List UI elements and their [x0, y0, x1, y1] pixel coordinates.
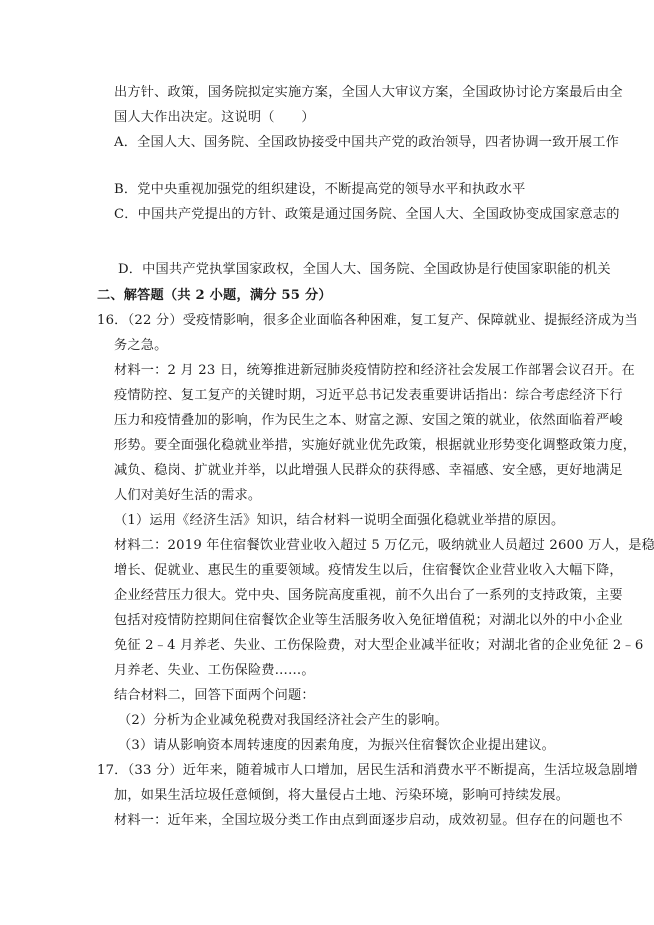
q16-material1: 人们对美好生活的需求。: [114, 487, 261, 505]
q16-prompt: 结合材料二，回答下面两个问题：: [114, 687, 315, 705]
q16-material1: 压力和疫情叠加的影响，作为民生之本、财富之源、安国之策的就业，依然面临着严峻: [114, 412, 623, 430]
q16-material1: 疫情防控、复工复产的关键时期，习近平总书记发表重要讲话指出：综合考虑经济下行: [114, 387, 623, 405]
q16-material2: 增长、促就业、惠民生的重要领域。疫情发生以后，住宿餐饮企业营业收入大幅下降，: [114, 562, 623, 580]
q16-material2: 材料二：2019 年住宿餐饮业营业收入超过 5 万亿元，吸纳就业人员超过 260…: [114, 537, 654, 555]
q16-material2: 月养老、失业、工伤保险费……。: [114, 662, 315, 680]
question-text: 国人大作出决定。这说明（ ）: [114, 109, 315, 127]
q16-sub1: （1）运用《经济生活》知识，结合材料一说明全面强化稳就业举措的原因。: [114, 512, 564, 530]
option-c: C．中国共产党提出的方针、政策是通过国务院、全国人大、全国政协变成国家意志的: [114, 206, 620, 224]
q16-material2: 包括对疫情防控期间住宿餐饮企业等生活服务收入免征增值税；对湖北以外的中小企业: [114, 612, 623, 630]
option-b: B．党中央重视加强党的组织建设，不断提高党的领导水平和执政水平: [114, 181, 526, 199]
q16-stem: 务之急。: [114, 337, 168, 355]
q16-material1: 减负、稳岗、扩就业并举，以此增强人民群众的获得感、幸福感、安全感，更好地满足: [114, 462, 623, 480]
q16-material1: 形势。要全面强化稳就业举措，实施好就业优先政策，根据就业形势变化调整政策力度，: [114, 437, 636, 455]
section-heading: 二、解答题（共 2 小题，满分 55 分）: [97, 287, 332, 305]
question-text: 出方针、政策，国务院拟定实施方案，全国人大审议方案，全国政协讨论方案最后由全: [114, 84, 623, 102]
option-d: D．中国共产党执掌国家政权，全国人大、国务院、全国政协是行使国家职能的机关: [118, 261, 611, 279]
option-a: A．全国人大、国务院、全国政协接受中国共产党的政治领导，四者协调一致开展工作: [114, 134, 619, 152]
q16-sub2: （2）分析为企业减免税费对我国经济社会产生的影响。: [118, 712, 448, 730]
q16-material2: 企业经营压力很大。党中央、国务院高度重视，前不久出台了一系列的支持政策，主要: [114, 587, 623, 605]
q17-stem: 17．（33 分）近年来，随着城市人口增加，居民生活和消费水平不断提高，生活垃圾…: [97, 762, 638, 780]
q17-material1: 材料一：近年来，全国垃圾分类工作由点到面逐步启动，成效初显。但存在的问题也不: [114, 812, 623, 830]
q17-stem: 加，如果生活垃圾任意倾倒，将大量侵占土地、污染环境，影响可持续发展。: [114, 787, 569, 805]
q16-material2: 免征 2﹣4 月养老、失业、工伤保险费，对大型企业减半征收；对湖北省的企业免征 …: [114, 637, 643, 655]
q16-material1: 材料一：2 月 23 日，统筹推进新冠肺炎疫情防控和经济社会发展工作部署会议召开…: [114, 362, 635, 380]
q16-sub3: （3）请从影响资本周转速度的因素角度，为振兴住宿餐饮企业提出建议。: [118, 737, 555, 755]
q16-stem: 16．（22 分）受疫情影响，很多企业面临各种困难，复工复产、保障就业、提振经济…: [97, 312, 638, 330]
